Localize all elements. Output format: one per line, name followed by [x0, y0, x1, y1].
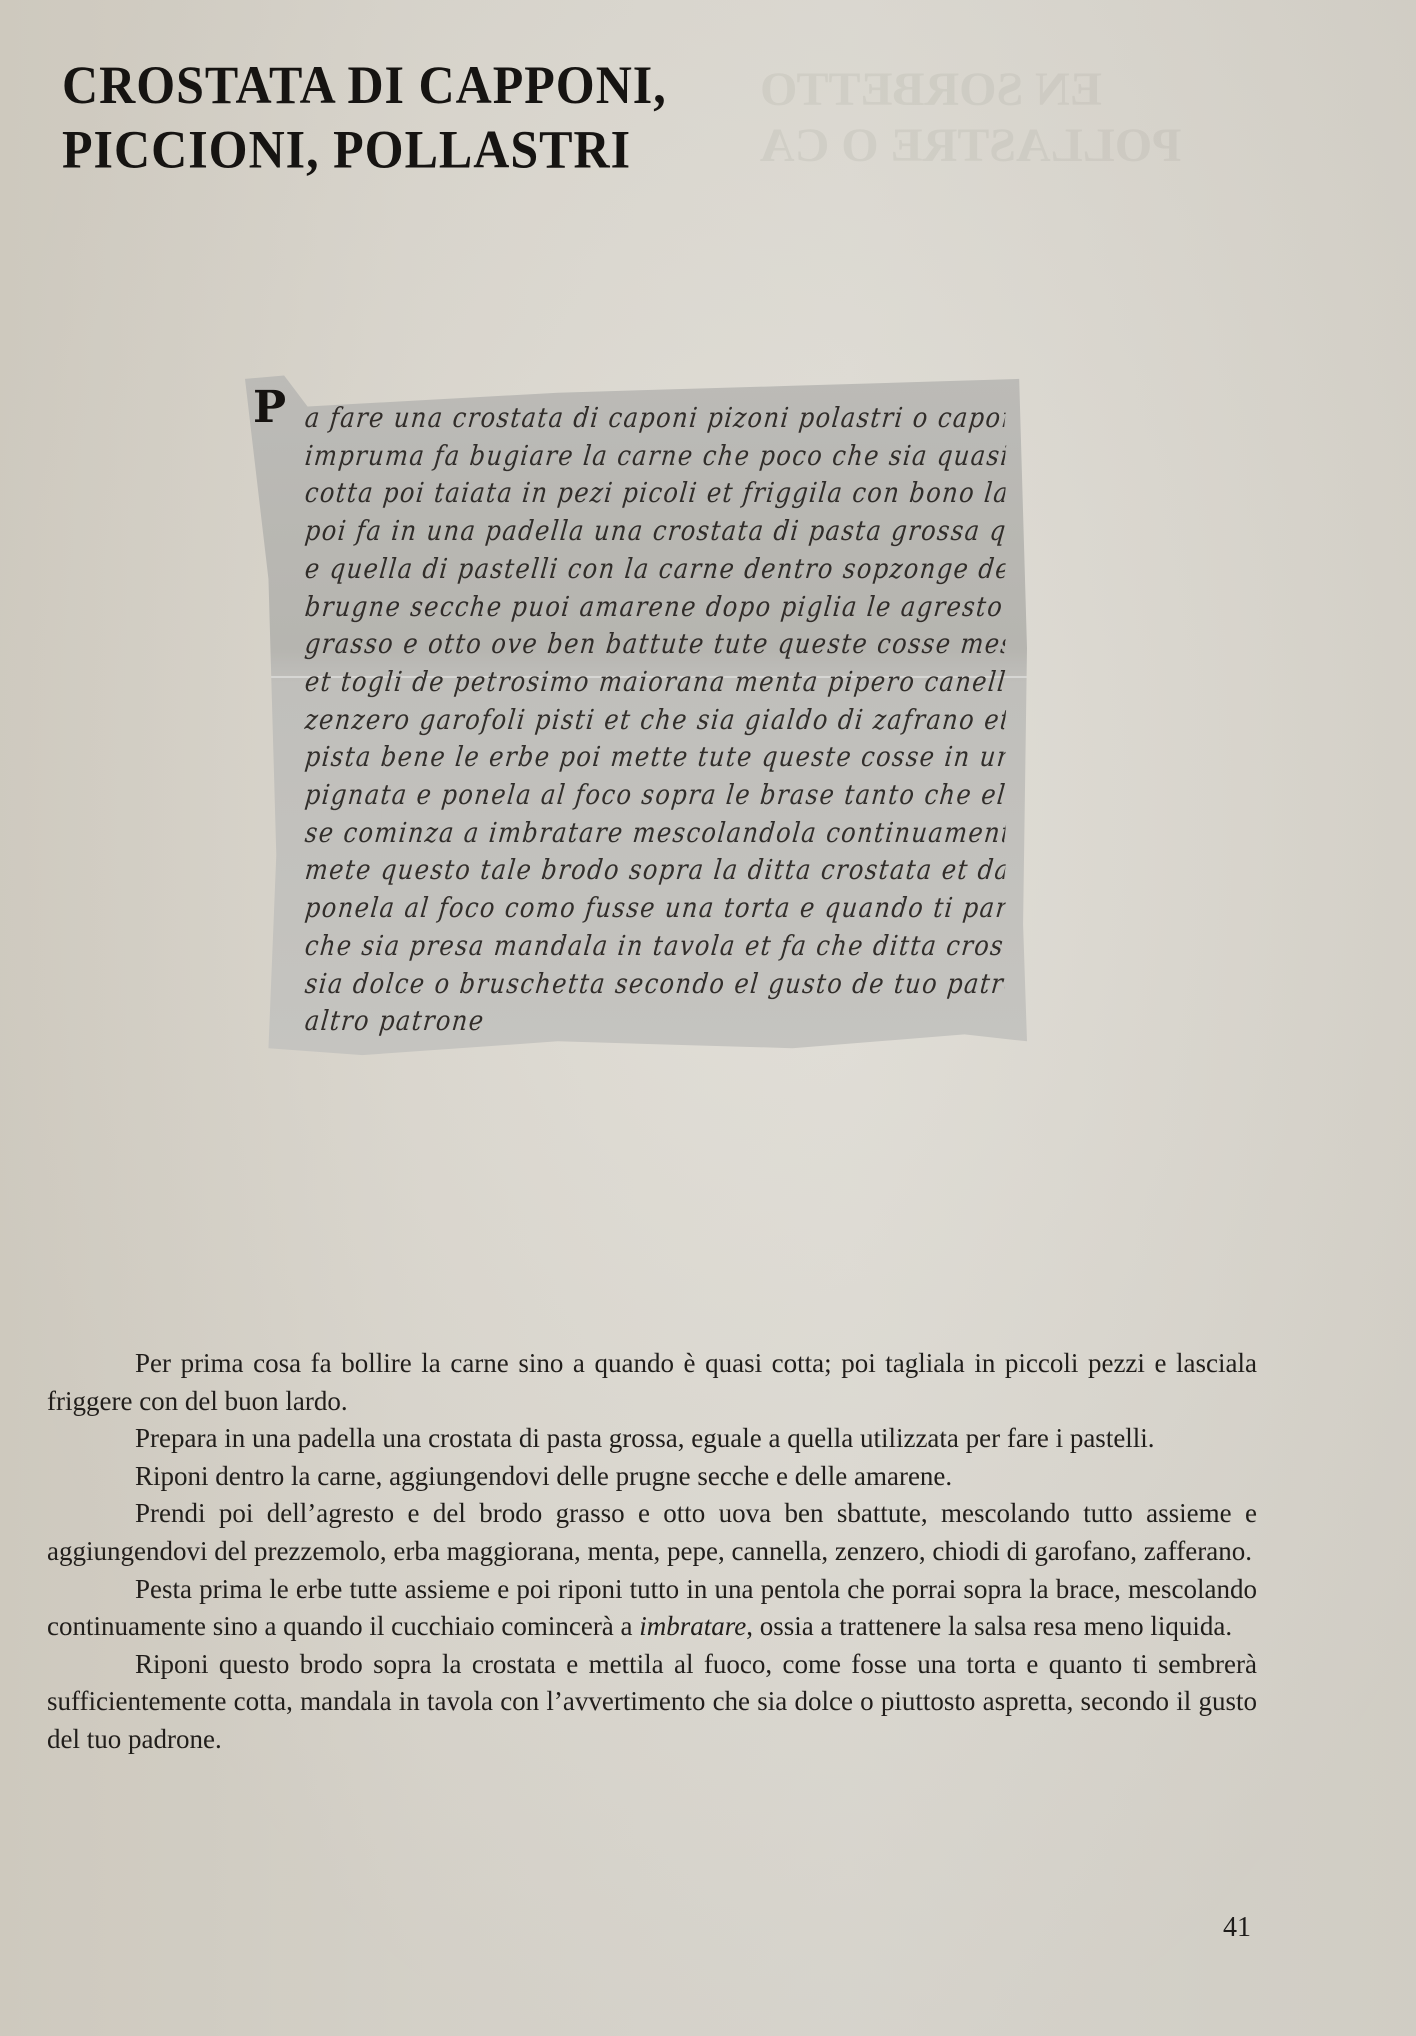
bleed-through-title: EN SORBETTO [760, 62, 1102, 117]
paragraph-text: , ossia a trattenere la salsa resa meno … [746, 1611, 1232, 1641]
manuscript-line: poi fa in una padella una crostata di pa… [303, 510, 1008, 553]
manuscript-line: e quella di pastelli con la carne dentro… [303, 548, 1008, 591]
italic-term: imbratare [639, 1611, 746, 1641]
manuscript-line: altro patrone [303, 1000, 1008, 1043]
manuscript-facsimile: P a fare una crostata di caponi pizoni p… [245, 372, 1027, 1062]
manuscript-line: et togli de petrosimo maiorana menta pip… [303, 661, 1008, 704]
manuscript-line: che sia presa mandala in tavola et fa ch… [303, 925, 1008, 968]
paragraph: Prendi poi dell’agresto e del brodo gras… [47, 1495, 1257, 1570]
recipe-title: CROSTATA DI CAPPONI, PICCIONI, POLLASTRI [62, 52, 667, 182]
manuscript-line: ponela al foco como fusse una torta e qu… [303, 887, 1008, 930]
manuscript-line: pignata e ponela al foco sopra le brase … [303, 774, 1008, 817]
paragraph: Riponi dentro la carne, aggiungendovi de… [47, 1458, 1257, 1496]
paragraph: Riponi questo brodo sopra la crostata e … [47, 1646, 1257, 1759]
paragraph: Pesta prima le erbe tutte assieme e poi … [47, 1571, 1257, 1646]
page-number: 41 [1223, 1912, 1251, 1944]
bleed-through-title: POLLASTRE O CA [760, 118, 1181, 173]
manuscript-initial: P [253, 382, 286, 433]
manuscript-line: a fare una crostata di caponi pizoni pol… [303, 397, 1008, 440]
title-line-1: CROSTATA DI CAPPONI, [62, 52, 667, 117]
title-line-2: PICCIONI, POLLASTRI [62, 117, 667, 182]
paragraph: Prepara in una padella una crostata di p… [47, 1420, 1257, 1458]
paragraph: Per prima cosa fa bollire la carne sino … [47, 1345, 1257, 1420]
recipe-body: Per prima cosa fa bollire la carne sino … [47, 1345, 1257, 1759]
manuscript-text: a fare una crostata di caponi pizoni pol… [305, 400, 1005, 1041]
